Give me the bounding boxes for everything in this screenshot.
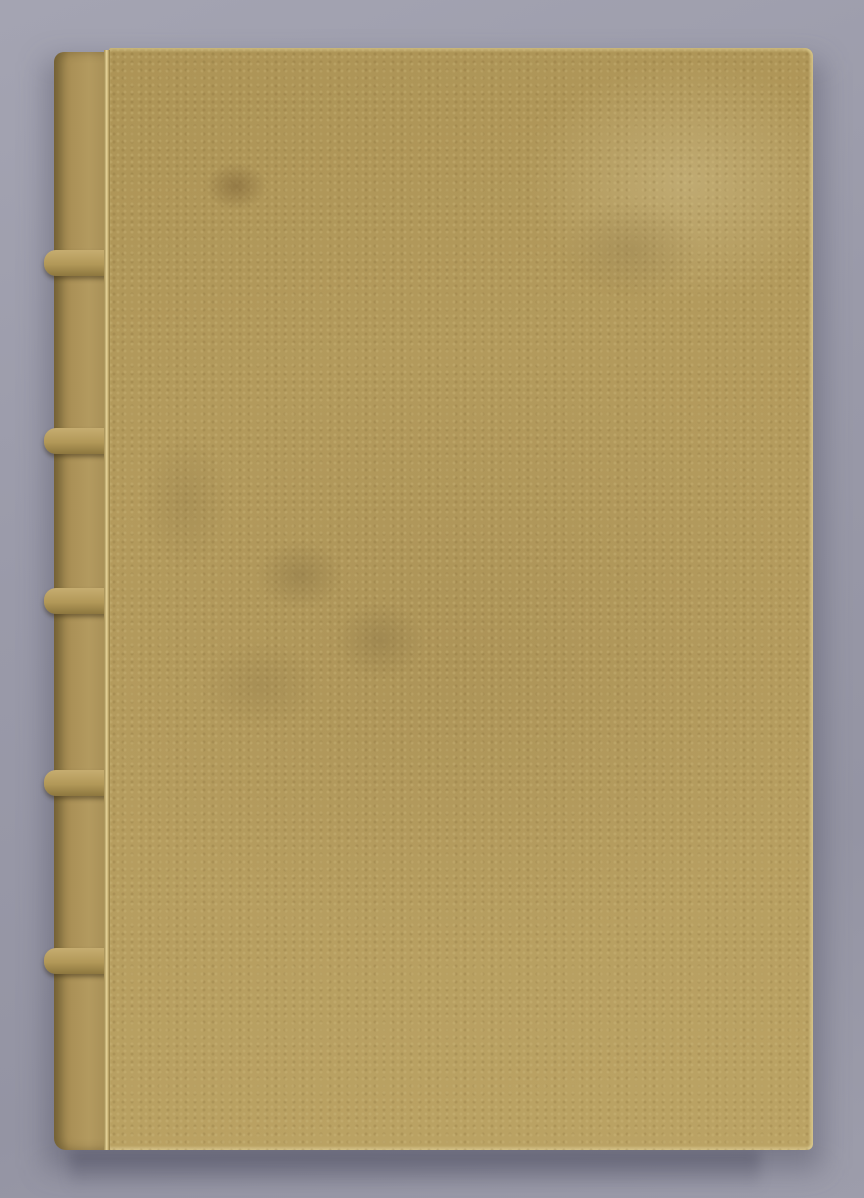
stain-mottle-left-mid: [140, 430, 230, 570]
book-cover: [109, 48, 813, 1150]
spine-hinge: [104, 50, 110, 1150]
leather-grain-texture: [109, 48, 813, 1150]
spine-band-5: [44, 948, 110, 974]
book-photo: [0, 0, 864, 1198]
spine-band-3: [44, 588, 110, 614]
stain-mottle-lower-left: [200, 640, 320, 730]
stain-mottle-top-right: [560, 200, 700, 300]
spine-band-1: [44, 250, 110, 276]
stain-mottle-center-left: [255, 540, 345, 610]
spine-band-4: [44, 770, 110, 796]
stain-dark-spot-top-left: [205, 162, 267, 210]
spine-band-2: [44, 428, 110, 454]
stain-mottle-center: [335, 600, 425, 680]
book-bottom-shadow: [70, 1150, 760, 1190]
